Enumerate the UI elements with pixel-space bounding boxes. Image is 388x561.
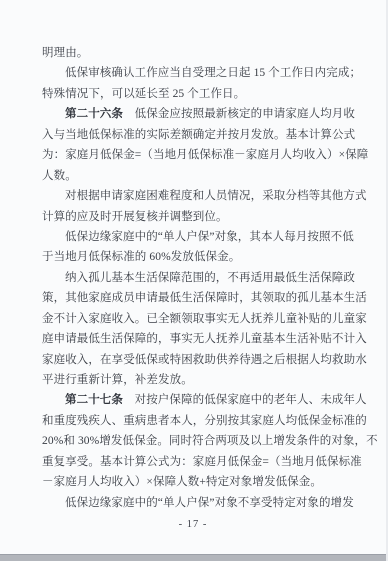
text-line: 为：家庭月低保金=（当地月低保标准－家庭月人均收入）×保障	[42, 145, 356, 165]
text-line: 明理由。	[42, 43, 356, 63]
text-line: 20%和 30%增发低保金。同时符合两项及以上增发条件的对象，不	[42, 431, 356, 451]
text-line: 金不计入家庭收入。已全额领取事实无人抚养儿童补贴的儿童家	[42, 309, 356, 329]
text-line: 入与当地低保标准的实际差额确定并按月发放。基本计算公式	[42, 125, 356, 145]
document-body-text: 明理由。低保审核确认工作应当自受理之日起 15 个工作日内完成；特殊情况下，可以…	[42, 43, 356, 513]
page-number: - 17 -	[0, 519, 386, 530]
text-line: 低保边缘家庭中的“单人户保”对象不享受特定对象的增发	[42, 493, 356, 513]
text-line: 人数。	[42, 166, 356, 186]
text-line: 低保审核确认工作应当自受理之日起 15 个工作日内完成；	[42, 63, 356, 83]
article-number: 第二十六条	[65, 108, 123, 120]
page-bottom-scan-edge	[0, 554, 386, 561]
text-line: 策，其他家庭成员申请最低生活保障时，其领取的孤儿基本生活	[42, 288, 356, 308]
text-line: 庭申请最低生活保障的，事实无人抚养儿童基本生活补贴不计入	[42, 329, 356, 349]
article-number: 第二十七条	[65, 394, 123, 406]
text-line: 和重度残疾人、重病患者本人，分别按其家庭人均低保金标准的	[42, 411, 356, 431]
document-page: 明理由。低保审核确认工作应当自受理之日起 15 个工作日内完成；特殊情况下，可以…	[0, 0, 388, 561]
text-line: 低保边缘家庭中的“单人户保”对象，其本人每月按照不低	[42, 227, 356, 247]
text-line: 第二十七条 对按户保障的低保家庭中的老年人、未成年人	[42, 390, 356, 410]
text-line: 重复享受。基本计算公式为：家庭月低保金=（当地月低保标准	[42, 452, 356, 472]
text-line: 对根据申请家庭困难程度和人员情况，采取分档等其他方式	[42, 186, 356, 206]
text-line: 于当地月低保标准的 60%发放低保金。	[42, 247, 356, 267]
text-line: －家庭月人均收入）×保障人数+特定对象增发低保金。	[42, 472, 356, 492]
text-line: 计算的应及时开展复核并调整到位。	[42, 207, 356, 227]
text-line: 家庭收入，在享受低保或特困救助供养待遇之后根据人均救助水	[42, 350, 356, 370]
text-line: 平进行重新计算，补差发放。	[42, 370, 356, 390]
text-line: 纳入孤儿基本生活保障范围的，不再适用最低生活保障政	[42, 268, 356, 288]
text-line: 第二十六条 低保金应按照最新核定的申请家庭人均月收	[42, 104, 356, 124]
text-line: 特殊情况下，可以延长至 25 个工作日。	[42, 84, 356, 104]
